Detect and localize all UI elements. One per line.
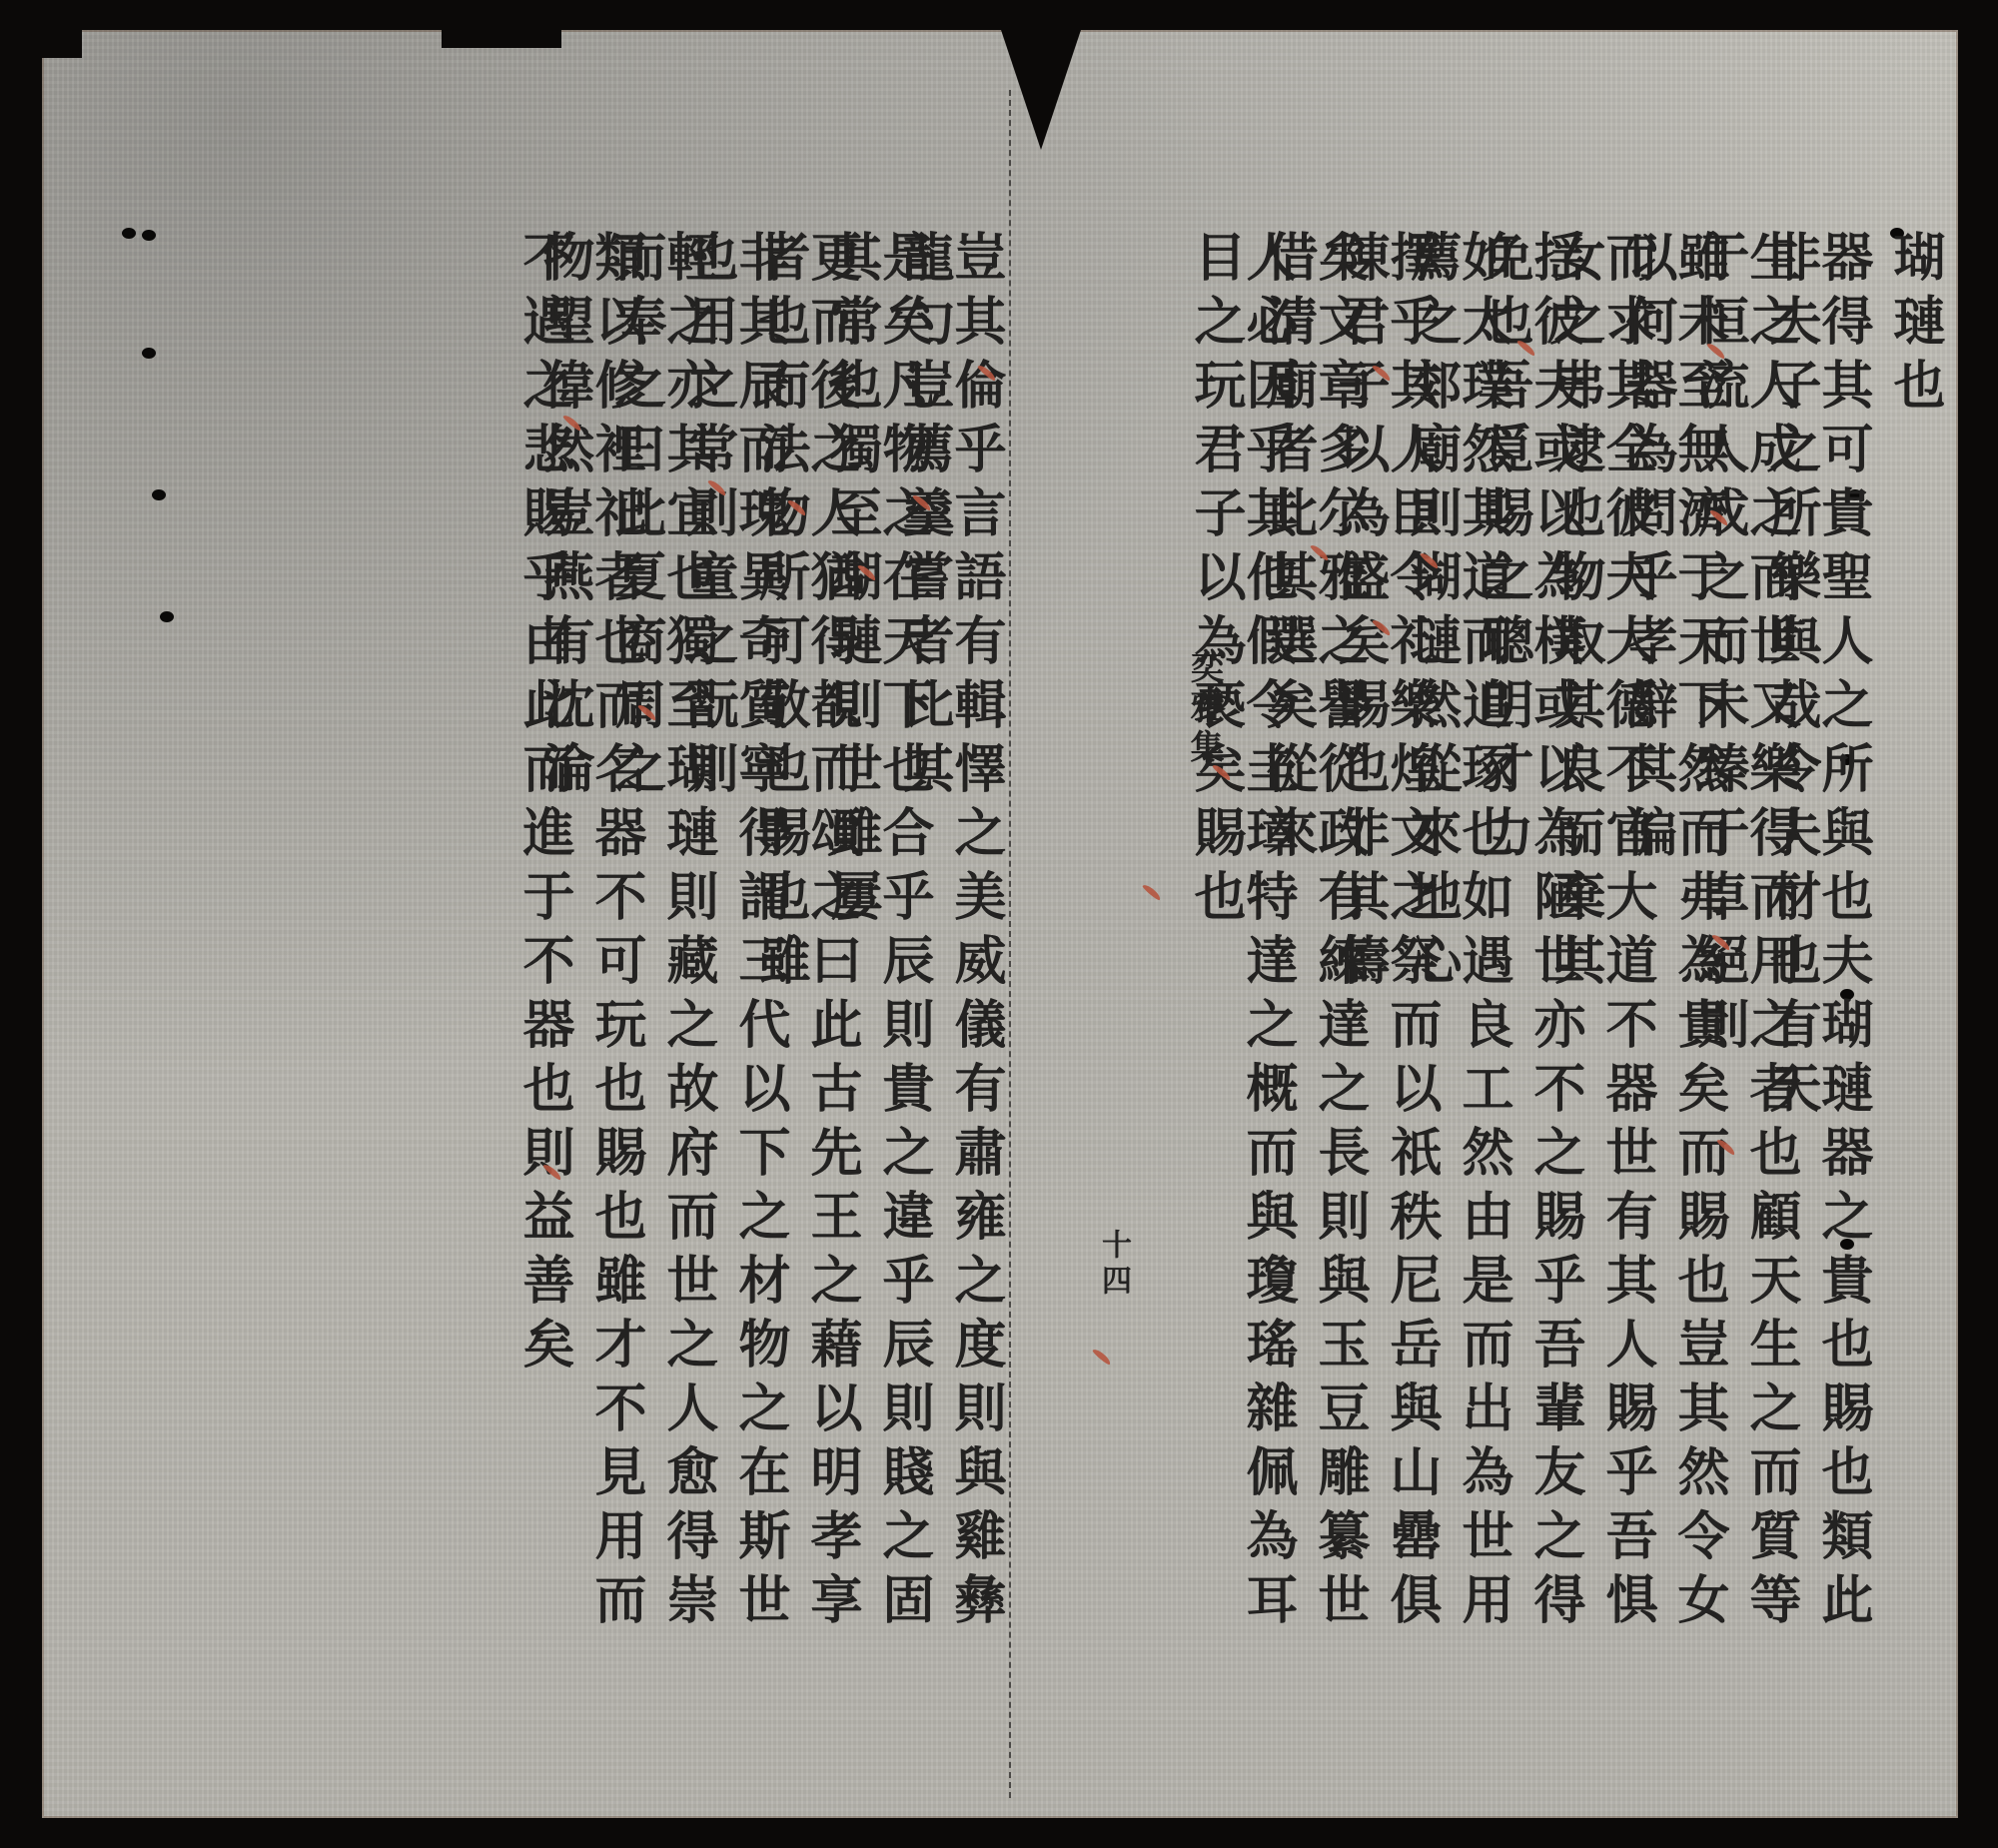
torn-edge: [442, 30, 561, 48]
text-column: 器得其可貴聖人之所與也夫瑚璉器之貴也賜也類此非夫子之所樂與哉令夫材也有天: [1796, 230, 1868, 1678]
binding-hole: [142, 348, 156, 359]
binding-hole: [152, 489, 166, 500]
left-page-columns: 豈其倫乎言語有輯懌之美威儀有肅雍之度則與雞彝龍勺豈薦羹嘗者比其 是矣凡物之在天下…: [498, 230, 1001, 1678]
left-page: 豈其倫乎言語有輯懌之美威儀有肅雍之度則與雞彝龍勺豈薦羹嘗者比其 是矣凡物之在天下…: [442, 230, 1001, 1678]
manuscript-sheet: 瑚璉也 器得其可貴聖人之所與也夫瑚璉器之貴也賜也類此非夫子之所樂與哉令夫材也有天…: [42, 30, 1958, 1818]
text-column: 豈其倫乎言語有輯懌之美威儀有肅雍之度則與雞彝龍勺豈薦羹嘗者比其: [929, 230, 1001, 1678]
folio-number: 十四: [1091, 1229, 1135, 1301]
page-fold-gutter: [1009, 90, 1011, 1798]
binding-hole: [160, 611, 174, 622]
heading-column: 瑚璉也: [1868, 230, 1940, 1678]
right-page: 瑚璉也 器得其可貴聖人之所與也夫瑚璉器之貴也賜也類此非夫子之所樂與哉令夫材也有天…: [1041, 230, 1940, 1678]
right-page-columns: 瑚璉也 器得其可貴聖人之所與也夫瑚璉器之貴也賜也類此非夫子之所樂與哉令夫材也有天…: [1165, 230, 1940, 1678]
torn-edge: [42, 30, 82, 58]
binding-hole: [142, 230, 156, 241]
binding-hole: [122, 228, 136, 239]
torn-notch: [1001, 30, 1081, 150]
